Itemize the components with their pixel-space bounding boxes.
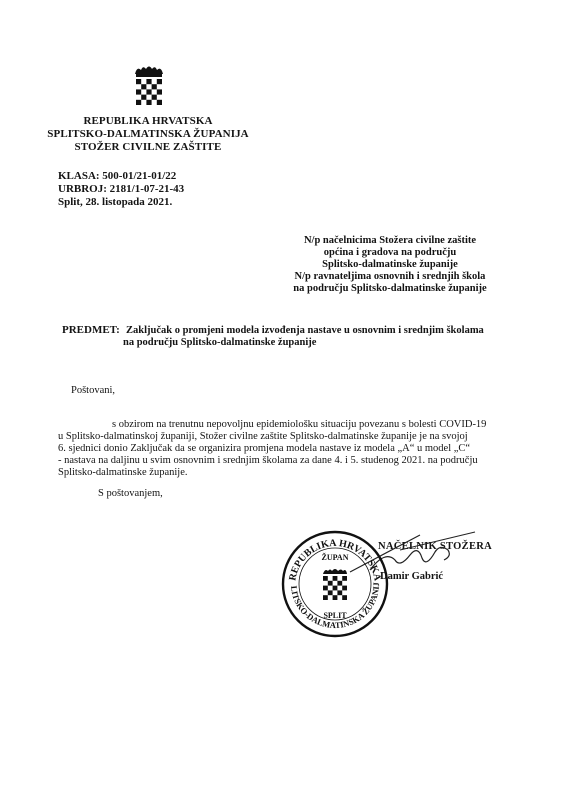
subject-label: PREDMET: — [62, 324, 120, 336]
body-line: 6. sjednici donio Zaključak da se organi… — [58, 443, 470, 454]
closing: S poštovanjem, — [98, 488, 163, 499]
body-line: s obzirom na trenutnu nepovoljnu epidemi… — [112, 419, 486, 430]
addressee-line: Splitsko-dalmatinske županije — [270, 259, 510, 270]
stamp-inner-top: ŽUPAN — [322, 552, 349, 562]
greeting: Poštovani, — [71, 385, 115, 396]
coat-of-arms-icon — [133, 64, 165, 108]
body-line: Splitsko-dalmatinske županije. — [58, 467, 187, 478]
addressee-line: N/p ravnateljima osnovnih i srednjih ško… — [270, 271, 510, 282]
subject-line: na području Splitsko-dalmatinske županij… — [123, 337, 316, 348]
official-stamp-icon: REPUBLIKA HRVATSKA SPLITSKO-DALMATINSKA … — [281, 528, 389, 640]
urbroj: URBROJ: 2181/1-07-21-43 — [58, 183, 184, 195]
stamp-inner-bottom: SPLIT — [323, 611, 347, 620]
place-date: Split, 28. listopada 2021. — [58, 196, 172, 208]
subject-line: Zaključak o promjeni modela izvođenja na… — [126, 325, 484, 336]
header-county: SPLITSKO-DALMATINSKA ŽUPANIJA — [0, 128, 296, 140]
klasa: KLASA: 500-01/21-01/22 — [58, 170, 176, 182]
body-line: u Splitsko-dalmatinskoj županiji, Stožer… — [58, 431, 468, 442]
addressee-line: općina i gradova na području — [270, 247, 510, 258]
body-line: - nastava na daljinu u svim osnovnim i s… — [58, 455, 478, 466]
header-country: REPUBLIKA HRVATSKA — [0, 115, 296, 127]
addressee-line: N/p načelnicima Stožera civilne zaštite — [270, 235, 510, 246]
addressee-line: na području Splitsko-dalmatinske županij… — [270, 283, 510, 294]
header-civil-protection: STOŽER CIVILNE ZAŠTITE — [0, 141, 296, 153]
